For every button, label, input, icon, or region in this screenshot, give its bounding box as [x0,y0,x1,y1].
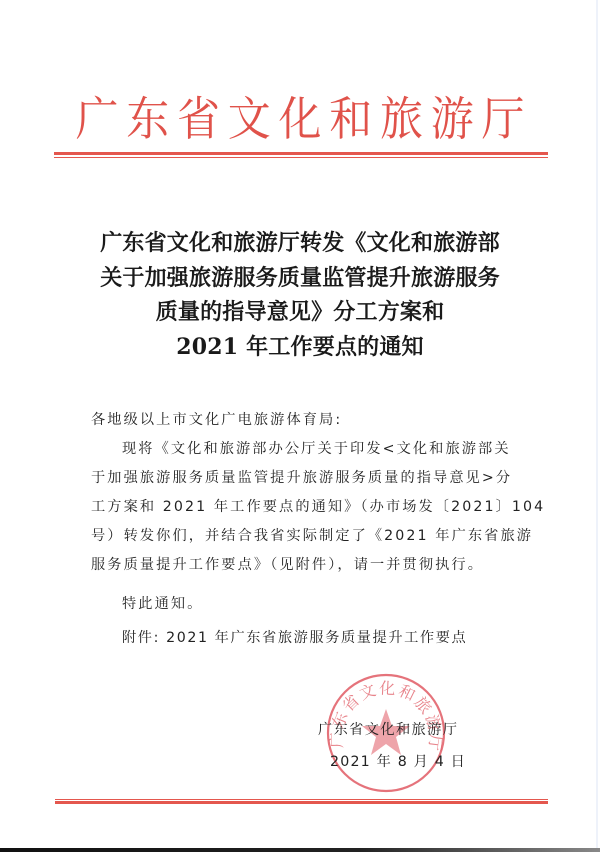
footer-rule-thin [55,799,548,800]
letterhead-char: 厅 [478,90,528,150]
header-rule-thin [54,157,548,158]
title-line: 2021 年工作要点的通知 [60,330,540,365]
scan-edge [596,0,598,848]
document-title: 广东省文化和旅游厅转发《文化和旅游部 关于加强旅游服务质量监管提升旅游服务 质量… [60,226,540,364]
document-page: 广 东 省 文 化 和 旅 游 厅 广东省文化和旅游厅转发《文化和旅游部 关于加… [0,0,600,852]
letterhead-char: 化 [275,90,325,150]
body-line: 于加强旅游服务质量监管提升旅游服务质量的指导意见>分 [91,464,511,493]
letterhead-char: 旅 [377,90,427,150]
salutation: 各地级以上市文化广电旅游体育局: [91,406,511,435]
body-line: 工方案和 2021 年工作要点的通知》（办市场发〔2021〕104 [91,493,511,522]
signature-date: 2021 年 8 月 4 日 [330,749,466,775]
title-line: 广东省文化和旅游厅转发《文化和旅游部 [60,226,540,261]
letterhead-char: 东 [123,90,173,150]
letterhead-char: 广 [72,90,122,150]
letterhead-title: 广 东 省 文 化 和 旅 游 厅 [60,92,540,148]
header-rule-thick [54,152,548,155]
attachment-line: 附件: 2021 年广东省旅游服务质量提升工作要点 [122,624,467,653]
title-line: 关于加强旅游服务质量监管提升旅游服务 [60,261,540,296]
scan-bottom-edge [0,848,600,852]
letterhead-char: 游 [427,90,477,150]
title-line: 质量的指导意见》分工方案和 [60,295,540,330]
document-body: 各地级以上市文化广电旅游体育局: 现将《文化和旅游部办公厅关于印发<文化和旅游部… [91,406,511,580]
closing-line: 特此通知。 [122,590,203,619]
letterhead-char: 省 [174,90,224,150]
body-line: 服务质量提升工作要点》（见附件），请一并贯彻执行。 [91,551,511,580]
footer-rule-thick [55,801,548,804]
signature-org: 广东省文化和旅游厅 [318,717,458,743]
letterhead-char: 和 [326,90,376,150]
body-line: 现将《文化和旅游部办公厅关于印发<文化和旅游部关 [91,435,511,464]
body-line: 号）转发你们，并结合我省实际制定了《2021 年广东省旅游 [91,522,511,551]
letterhead-char: 文 [224,90,274,150]
